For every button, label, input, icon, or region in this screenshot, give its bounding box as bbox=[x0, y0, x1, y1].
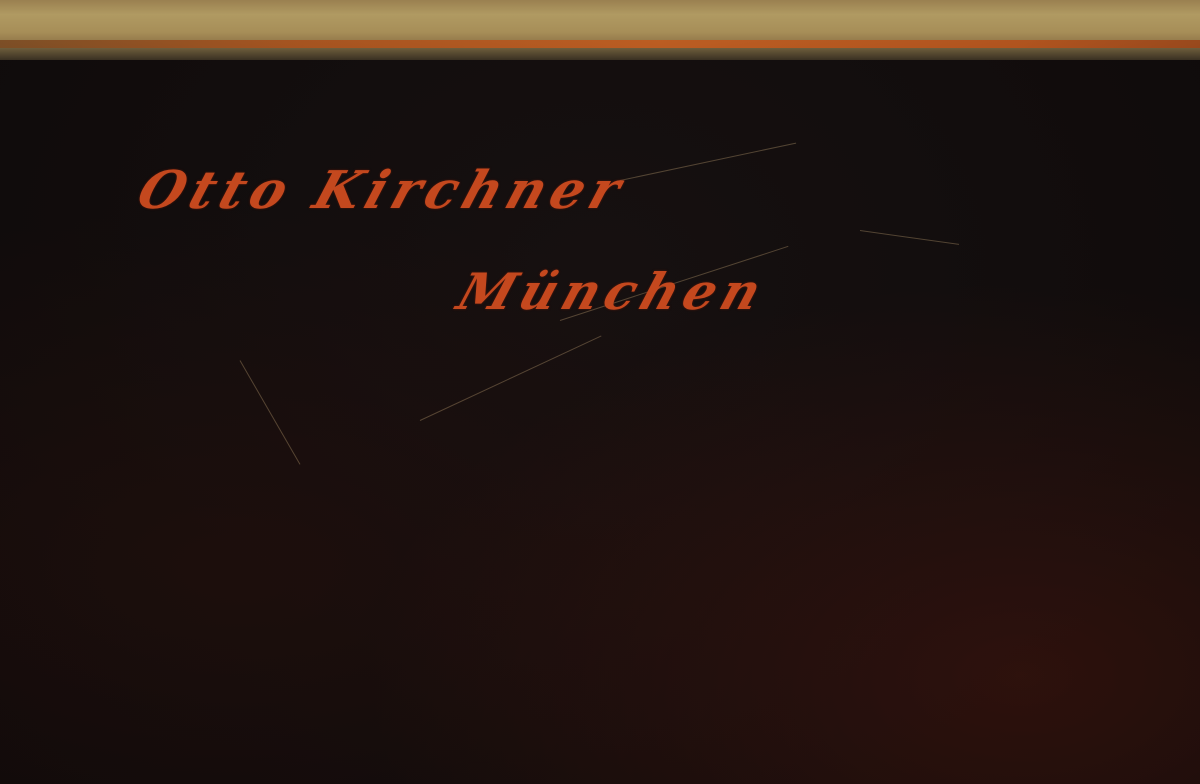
craquelure bbox=[620, 143, 796, 181]
craquelure bbox=[240, 360, 301, 464]
signature-name: Otto Kirchner bbox=[130, 160, 634, 221]
frame-lip bbox=[0, 48, 1200, 60]
craquelure bbox=[860, 230, 959, 245]
signature-city: München bbox=[450, 262, 774, 321]
frame-red-bole-edge bbox=[0, 40, 1200, 48]
craquelure bbox=[420, 336, 602, 421]
